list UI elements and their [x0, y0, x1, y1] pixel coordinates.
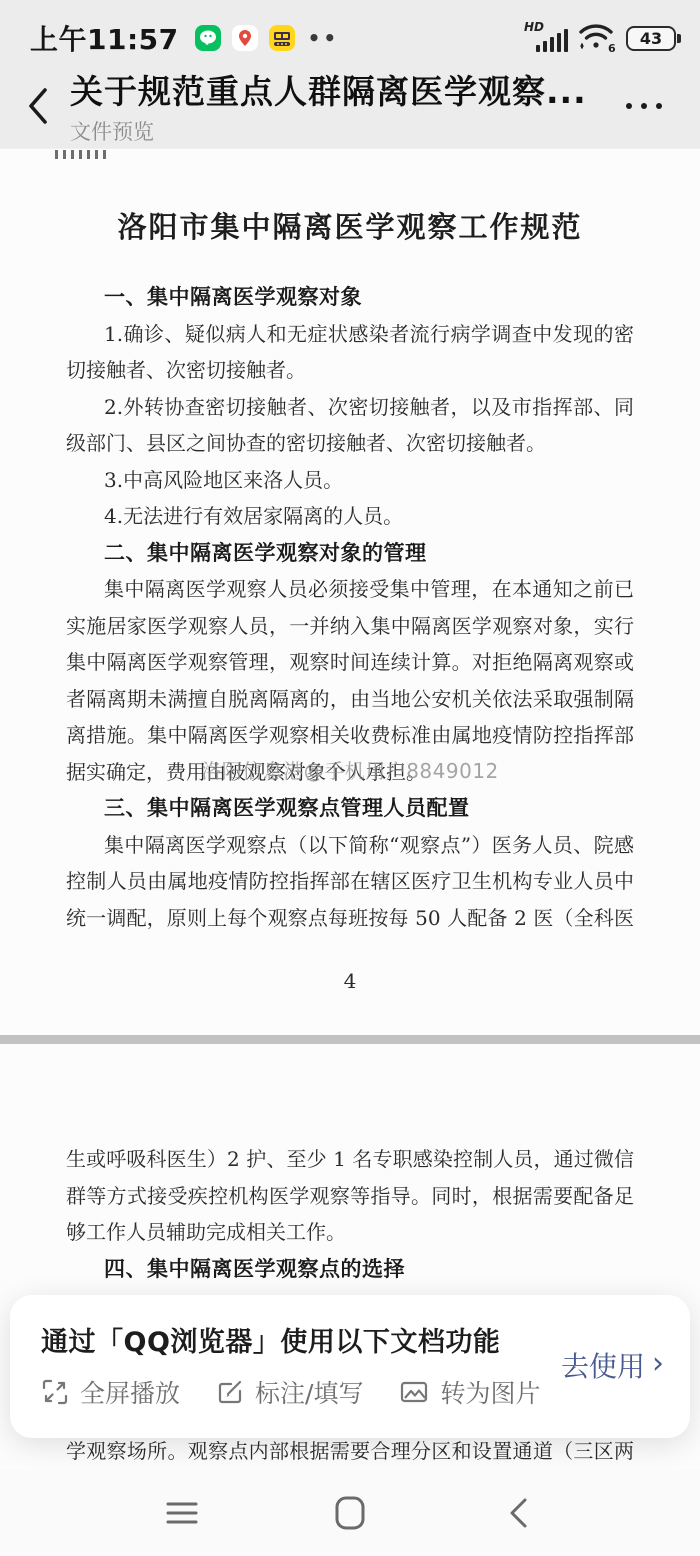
doc-line: 集中隔离医学观察人员必须接受集中管理，在本通知之前已 — [66, 571, 634, 608]
doc-heading: 二、集中隔离医学观察对象的管理 — [66, 535, 634, 572]
doc-heading: 三、集中隔离医学观察点管理人员配置 — [66, 790, 634, 827]
action-label: 全屏播放 — [80, 1374, 180, 1410]
android-navigation-bar — [0, 1470, 700, 1556]
doc-line: 切接触者、次密切接触者。 — [66, 352, 634, 389]
hd-signal-icon: HD — [524, 21, 568, 55]
preview-mode-label: 文件预览 — [70, 116, 620, 146]
doc-main-title: 洛阳市集中隔离医学观察工作规范 — [0, 148, 700, 246]
nav-back-button[interactable] — [498, 1493, 538, 1533]
action-label: 标注/填写 — [255, 1374, 363, 1410]
back-icon — [507, 1496, 529, 1530]
doc-line: 实施居家医学观察人员，一并纳入集中隔离医学观察对象，实行 — [66, 608, 634, 645]
fullscreen-play-button[interactable]: 全屏播放 — [41, 1374, 180, 1410]
annotate-fill-button[interactable]: 标注/填写 — [216, 1374, 363, 1410]
wechat-icon — [195, 25, 221, 51]
doc-line: 够工作人员辅助完成相关工作。 — [66, 1214, 634, 1251]
doc-line: 1.确诊、疑似病人和无症状感染者流行病学调查中发现的密 — [66, 316, 634, 353]
doc-body: 生或呼吸科医生）2 护、至少 1 名专职感染控制人员，通过微信 群等方式接受疾控… — [0, 1044, 700, 1287]
doc-line: 2.外转协查密切接触者、次密切接触者，以及市指挥部、同 — [66, 389, 634, 426]
back-chevron-icon — [27, 87, 49, 125]
clock: 上午11:57 — [30, 18, 179, 58]
wifi6-icon: 6 — [577, 19, 617, 57]
back-button[interactable] — [16, 79, 60, 133]
page-number: 4 — [0, 969, 700, 993]
doc-line: 控制人员由属地疫情防控指挥部在辖区医疗卫生机构专业人员中 — [66, 863, 634, 900]
home-button[interactable] — [330, 1493, 370, 1533]
fullscreen-icon — [41, 1378, 69, 1406]
convert-to-image-button[interactable]: 转为图片 — [399, 1374, 540, 1410]
status-right-cluster: HD 6 43 — [524, 19, 676, 57]
svg-text:6: 6 — [608, 42, 616, 53]
qq-browser-promo-sheet: 通过「QQ浏览器」使用以下文档功能 全屏播放 标注/填写 转为 — [10, 1295, 690, 1438]
more-menu-button[interactable] — [620, 93, 668, 119]
doc-line: 级部门、县区之间协查的密切接触者、次密切接触者。 — [66, 425, 634, 462]
convert-image-icon — [399, 1378, 429, 1406]
status-bar: 上午11:57 •• HD — [0, 0, 700, 70]
doc-line: 者隔离期未满擅自脱离隔离的，由当地公安机关依法采取强制隔 — [66, 681, 634, 718]
doc-line: 集中隔离医学观察管理，观察时间连续计算。对拒绝隔离观察或 — [66, 644, 634, 681]
recents-icon — [164, 1498, 200, 1528]
page-break-divider — [0, 1035, 700, 1044]
battery-percent: 43 — [640, 29, 662, 48]
doc-line: 学观察场所。观察点内部根据需要合理分区和设置通道（三区两 — [0, 1433, 700, 1470]
doc-line: 离措施。集中隔离医学观察相关收费标准由属地疫情防控指挥部 — [66, 717, 634, 754]
notification-app-icons — [195, 25, 295, 51]
document-page-1[interactable]: 洛阳市集中隔离医学观察工作规范 一、集中隔离医学观察对象 1.确诊、疑似病人和无… — [0, 148, 700, 1035]
battery-icon: 43 — [626, 26, 676, 51]
doc-line: 4.无法进行有效居家隔离的人员。 — [66, 498, 634, 535]
home-icon — [333, 1494, 367, 1532]
chevron-right-icon: › — [652, 1349, 664, 1379]
doc-line: 生或呼吸科医生）2 护、至少 1 名专职感染控制人员，通过微信 — [66, 1141, 634, 1178]
cropped-text-fragment — [55, 150, 111, 159]
annotate-icon — [216, 1378, 244, 1406]
doc-line: 集中隔离医学观察点（以下简称“观察点”）医务人员、院感 — [66, 827, 634, 864]
doc-line: 据实确定，费用由被观察对象个人承担。 — [66, 754, 634, 791]
more-notifications-dots: •• — [308, 26, 340, 50]
doc-heading: 一、集中隔离医学观察对象 — [66, 279, 634, 316]
file-preview-header: 关于规范重点人群隔离医学观察... 文件预览 — [0, 70, 700, 148]
map-pin-icon — [232, 25, 258, 51]
doc-line: 群等方式接受疾控机构医学观察等指导。同时，根据需要配备足 — [66, 1178, 634, 1215]
doc-heading: 四、集中隔离医学观察点的选择 — [66, 1251, 634, 1288]
go-use-link[interactable]: 去使用 › — [561, 1345, 664, 1385]
recents-button[interactable] — [162, 1493, 202, 1533]
doc-line: 3.中高风险地区来洛人员。 — [66, 462, 634, 499]
document-title: 关于规范重点人群隔离医学观察... — [70, 66, 620, 113]
yellow-news-app-icon — [269, 25, 295, 51]
doc-body: 一、集中隔离医学观察对象 1.确诊、疑似病人和无症状感染者流行病学调查中发现的密… — [0, 279, 700, 936]
header-titles: 关于规范重点人群隔离医学观察... 文件预览 — [70, 66, 620, 146]
doc-line: 统一调配，原则上每个观察点每班按每 50 人配备 2 医（全科医 — [66, 900, 634, 937]
go-use-label: 去使用 — [561, 1345, 645, 1385]
action-label: 转为图片 — [440, 1374, 540, 1410]
